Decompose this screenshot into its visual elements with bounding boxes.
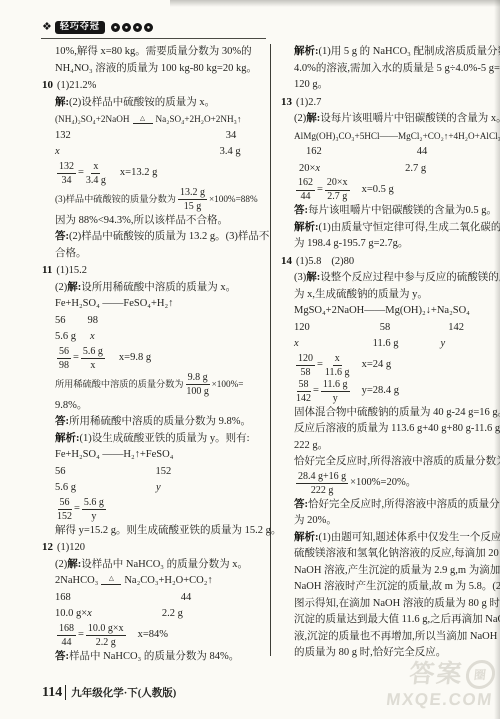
text: 图示得知,在滴加 NaOH 溶液的质量为 80 g 时,产生 bbox=[294, 598, 500, 609]
variable: x bbox=[90, 331, 95, 342]
text: 样品中 NaHCO₃ 的质量分数为 84%。 bbox=[69, 651, 239, 662]
fraction: 20×x2.7 g bbox=[325, 178, 350, 202]
text: 设每片该咀嚼片中铝碳酸镁的含量为 x。 bbox=[320, 113, 500, 124]
text: 解得 y=15.2 g。则生成硫酸亚铁的质量为 15.2 g。 bbox=[55, 525, 281, 536]
text: 44 bbox=[417, 146, 428, 157]
fraction: 13.2 g15 g bbox=[178, 188, 207, 212]
text-line: 16244 bbox=[281, 144, 497, 161]
text-line: 为 198.4 g-195.7 g=2.7g。 bbox=[281, 236, 497, 253]
text-line: 液,沉淀的质量也不再增加,所以当滴加 NaOH 溶液 bbox=[281, 629, 497, 646]
text-line: 11(1)15.2 bbox=[42, 262, 268, 280]
text: (1)15.2 bbox=[56, 265, 87, 276]
text: (2)80 bbox=[331, 256, 354, 267]
bold-text: 解析: bbox=[294, 46, 319, 57]
text: ×100%=20%。 bbox=[350, 475, 416, 492]
text: 为 x,生成硫酸钠的质量为 y。 bbox=[294, 289, 428, 300]
text-line: (3)样品中硫酸铵的质量分数为13.2 g15 g×100%=88% bbox=[42, 187, 268, 213]
bold-text: 解: bbox=[306, 272, 320, 283]
text-line: 答:所用稀硫酸中溶质的质量分数为 9.8%。 bbox=[42, 414, 268, 431]
text: 恰好完全反应时,所得溶液中溶质的质量分数 bbox=[308, 499, 500, 510]
text: 固体混合物中硫酸钠的质量为 40 g-24 g=16 g。 bbox=[294, 407, 500, 418]
text: = bbox=[317, 182, 323, 199]
text: = bbox=[73, 350, 79, 367]
bold-text: 答: bbox=[294, 499, 308, 510]
text: NaOH 溶液,产生沉淀的质量为 2.9 g,m 为滴加 40 g bbox=[294, 565, 500, 576]
bold-text: 答: bbox=[294, 205, 308, 216]
text: (NH₄)₂SO₄+2NaOH bbox=[55, 114, 130, 124]
text: 设样品中 NaHCO₃ 的质量分数为 x。 bbox=[81, 559, 248, 570]
text: 合格。 bbox=[55, 248, 87, 259]
bold-text: 答: bbox=[55, 231, 69, 242]
text-line: NaOH 溶液,产生沉淀的质量为 2.9 g,m 为滴加 40 g bbox=[281, 563, 497, 580]
text-line: 12058142 bbox=[281, 320, 497, 337]
text-line: 反应后溶液的质量为 113.6 g+40 g+80 g-11.6 g= bbox=[281, 421, 497, 438]
fraction: 56152 bbox=[57, 498, 72, 522]
text: x=13.2 g bbox=[120, 165, 157, 182]
text: 所用稀硫酸中溶质的质量分数为 bbox=[55, 376, 184, 393]
text-line: 4.0%的溶液,需加入水的质量是 5 g÷4.0%-5 g= bbox=[281, 61, 497, 78]
text: = bbox=[317, 357, 323, 374]
text: (2) bbox=[294, 113, 306, 124]
text: (2)设样品中硫酸铵的质量为 x。 bbox=[69, 97, 215, 108]
text: 9.8%。 bbox=[55, 400, 87, 411]
text: Na₂CO₃+H₂O+CO₂↑ bbox=[124, 575, 212, 586]
text-line: 9.8%。 bbox=[42, 398, 268, 415]
text: (2) bbox=[55, 282, 67, 293]
text: 162 bbox=[306, 146, 322, 157]
text: x=0.5 g bbox=[362, 182, 394, 199]
text: 20× bbox=[299, 163, 315, 174]
text-line: 为 x,生成硫酸钠的质量为 y。 bbox=[281, 287, 497, 304]
header-rule bbox=[41, 38, 266, 39]
text-line: 16844=10.0 g×x2.2 gx=84% bbox=[42, 623, 268, 649]
heat-condition-arrow: △ bbox=[133, 116, 153, 125]
text: 120 bbox=[294, 322, 310, 333]
text-line: 解析:(1)由质量守恒定律可得,生成二氧化碳的质量 bbox=[281, 220, 497, 237]
text-line: 解析:(1)设生成硫酸亚铁的质量为 y。则有: bbox=[42, 431, 268, 448]
fraction: 16844 bbox=[57, 624, 76, 648]
brand-badges: ●●●● bbox=[109, 23, 153, 32]
text-line: 5.6 gy bbox=[42, 480, 268, 497]
answers-column-left: 10%,解得 x=80 kg。需要质量分数为 30%的NH₄NO₃ 溶液的质量为… bbox=[42, 44, 268, 665]
text: 液,沉淀的质量也不再增加,所以当滴加 NaOH 溶液 bbox=[294, 631, 500, 642]
text: NaOH 溶液时产生沉淀的质量,故 m 为 5.8。(2)观察 bbox=[294, 581, 500, 592]
text-line: 56152=5.6 gy bbox=[42, 497, 268, 523]
text: x=24 g bbox=[362, 357, 392, 374]
watermark-brand: 答案 圈 bbox=[387, 660, 497, 689]
text-line: 12(1)120 bbox=[42, 539, 268, 557]
text: (3) bbox=[294, 272, 306, 283]
text-line: (2)解:设所用稀硫酸中溶质的质量为 x。 bbox=[42, 280, 268, 297]
text-line: 解:(2)设样品中硫酸铵的质量为 x。 bbox=[42, 95, 268, 112]
variable: y bbox=[156, 482, 161, 493]
watermark-domain: MXQE.COM bbox=[385, 691, 493, 708]
text: ×100%= bbox=[212, 376, 244, 393]
fraction: 12058 bbox=[296, 354, 315, 378]
text-line: 答:恰好完全反应时,所得溶液中溶质的质量分数 bbox=[281, 497, 497, 514]
text-line: 解析:(1)由题可知,题述体系中仅发生一个反应,即 bbox=[281, 530, 497, 547]
text-line: 13234=x3.4 gx=13.2 g bbox=[42, 161, 268, 187]
text: 所用稀硫酸中溶质的质量分数为 9.8%。 bbox=[69, 416, 251, 427]
text-line: 12058=x11.6 gx=24 g bbox=[281, 353, 497, 379]
text: 44 bbox=[181, 592, 192, 603]
book-page: ❖ 轻巧夺冠 ●●●● 10%,解得 x=80 kg。需要质量分数为 30%的N… bbox=[0, 0, 500, 719]
text: 沉淀的质量达到最大值 11.6 g,之后再滴加 NaOH 溶 bbox=[294, 614, 500, 625]
bold-text: 解: bbox=[67, 559, 81, 570]
fraction: 16244 bbox=[296, 178, 315, 202]
text-line: 10%,解得 x=80 kg。需要质量分数为 30%的 bbox=[42, 44, 268, 61]
text-line: (2)解:设样品中 NaHCO₃ 的质量分数为 x。 bbox=[42, 557, 268, 574]
text-line: 2NaHCO₃△Na₂CO₃+H₂O+CO₂↑ bbox=[42, 573, 268, 590]
fraction: 9.8 g100 g bbox=[186, 373, 210, 397]
text-line: 答:(2)样品中硫酸铵的质量为 13.2 g。(3)样品不 bbox=[42, 229, 268, 246]
text-line: 10.0 g×x2.2 g bbox=[42, 606, 268, 623]
text-line: 因为 88%<94.3%,所以该样品不合格。 bbox=[42, 213, 268, 230]
text: NH₄NO₃ 溶液的质量为 100 kg-80 kg=20 kg。 bbox=[55, 63, 257, 74]
text: 58 bbox=[380, 322, 391, 333]
text: = bbox=[313, 383, 319, 400]
fraction: 13234 bbox=[57, 162, 76, 186]
text-line: 5.6 gx bbox=[42, 329, 268, 346]
text-line: 20×x2.7 g bbox=[281, 161, 497, 178]
scan-shadow-top bbox=[170, 0, 500, 7]
brand-badge: ● bbox=[133, 23, 142, 32]
bold-text: 解析: bbox=[294, 222, 319, 233]
brand-name: 轻巧夺冠 bbox=[55, 21, 105, 34]
text: (1)2.7 bbox=[296, 97, 321, 108]
text: 142 bbox=[448, 322, 464, 333]
text: 120 g。 bbox=[294, 79, 328, 90]
text: (1)用 5 g 的 NaHCO₃ 配制成溶质质量分数为 bbox=[319, 46, 500, 57]
text: 因为 88%<94.3%,所以该样品不合格。 bbox=[55, 215, 228, 226]
text-line: Fe+H₂SO₄ ——FeSO₄+H₂↑ bbox=[42, 296, 268, 313]
text: (2)样品中硫酸铵的质量为 13.2 g。(3)样品不 bbox=[69, 231, 269, 242]
text-line: 28.4 g+16 g222 g×100%=20%。 bbox=[281, 471, 497, 497]
fraction: 5.6 gy bbox=[82, 498, 106, 522]
text: 10%,解得 x=80 kg。需要质量分数为 30%的 bbox=[55, 46, 252, 57]
fraction: 58142 bbox=[296, 380, 311, 404]
text-line: NaOH 溶液时产生沉淀的质量,故 m 为 5.8。(2)观察 bbox=[281, 579, 497, 596]
text-line: MgSO₄+2NaOH——Mg(OH)₂↓+Na₂SO₄ bbox=[281, 303, 497, 320]
text-line: 硫酸镁溶液和氢氧化钠溶液的反应,每滴加 20 g bbox=[281, 546, 497, 563]
text: = bbox=[78, 165, 84, 182]
variable: y bbox=[441, 338, 446, 349]
fraction: x3.4 g bbox=[86, 162, 106, 186]
text-line: 222 g。 bbox=[281, 438, 497, 455]
text: 34 bbox=[226, 130, 237, 141]
text: ×100%=88% bbox=[209, 191, 258, 208]
text-line: 解得 y=15.2 g。则生成硫酸亚铁的质量为 15.2 g。 bbox=[42, 523, 268, 540]
text-line: 固体混合物中硫酸钠的质量为 40 g-24 g=16 g。 bbox=[281, 405, 497, 422]
text: x=9.8 g bbox=[119, 350, 151, 367]
text: (2) bbox=[55, 559, 67, 570]
text: (1)设生成硫酸亚铁的质量为 y。则有: bbox=[80, 433, 250, 444]
text-line: 合格。 bbox=[42, 246, 268, 263]
text: 设所用稀硫酸中溶质的质量为 x。 bbox=[81, 282, 236, 293]
text: (1)120 bbox=[57, 542, 85, 553]
text: = bbox=[78, 627, 84, 644]
column-divider bbox=[270, 44, 271, 656]
text-line: 沉淀的质量达到最大值 11.6 g,之后再滴加 NaOH 溶 bbox=[281, 612, 497, 629]
fraction: 28.4 g+16 g222 g bbox=[296, 472, 348, 496]
text-line: x11.6 gy bbox=[281, 336, 497, 353]
text: (1)由题可知,题述体系中仅发生一个反应,即 bbox=[319, 532, 500, 543]
fraction: 11.6 gy bbox=[321, 380, 350, 404]
text: 3.4 g bbox=[220, 146, 241, 157]
text-line: 所用稀硫酸中溶质的质量分数为9.8 g100 g×100%= bbox=[42, 372, 268, 398]
watermark: 答案 圈 MXQE.COM bbox=[385, 660, 496, 708]
text: 的质量为 80 g 时,恰好完全反应。 bbox=[294, 647, 446, 658]
text: 设整个反应过程中参与反应的硫酸镁的质量 bbox=[320, 272, 500, 283]
bold-text: 解析: bbox=[294, 532, 319, 543]
text-line: (NH₄)₂SO₄+2NaOH△Na₂SO₄+2H₂O+2NH₃↑ bbox=[42, 111, 268, 128]
text: 11.6 g bbox=[373, 338, 399, 349]
brand-icon: ❖ bbox=[42, 22, 52, 33]
text: (1)5.8 bbox=[296, 256, 321, 267]
variable: x bbox=[315, 163, 320, 174]
bold-text: 14 bbox=[281, 255, 292, 267]
bold-text: 12 bbox=[42, 541, 53, 553]
text-line: 16244=20×x2.7 gx=0.5 g bbox=[281, 177, 497, 203]
bold-text: 10 bbox=[42, 79, 53, 91]
text: 每片该咀嚼片中铝碳酸镁的含量为0.5 g。 bbox=[308, 205, 497, 216]
text: Fe+H₂SO₄ ——FeSO₄+H₂↑ bbox=[55, 298, 173, 309]
text: (1)由质量守恒定律可得,生成二氧化碳的质量 bbox=[319, 222, 500, 233]
text-line: AlMg(OH)₃CO₃+5HCl——MgCl₂+CO₂↑+4H₂O+AlCl₃ bbox=[281, 128, 497, 145]
text: 2.2 g bbox=[162, 608, 183, 619]
text-line: 16844 bbox=[42, 590, 268, 607]
text: 为 198.4 g-195.7 g=2.7g。 bbox=[294, 238, 408, 249]
bold-text: 答: bbox=[55, 651, 69, 662]
text: 56 bbox=[55, 315, 66, 326]
text-line: x3.4 g bbox=[42, 144, 268, 161]
text-line: (3)解:设整个反应过程中参与反应的硫酸镁的质量 bbox=[281, 270, 497, 287]
text: 56 bbox=[55, 466, 66, 477]
bold-text: 11 bbox=[42, 264, 52, 276]
variable: x bbox=[87, 608, 92, 619]
text-line: 58142=11.6 gyy=28.4 g bbox=[281, 379, 497, 405]
text-line: 120 g。 bbox=[281, 77, 497, 94]
text: y=28.4 g bbox=[362, 383, 399, 400]
fraction: 5698 bbox=[57, 347, 71, 371]
bold-text: 解: bbox=[67, 282, 81, 293]
bold-text: 解: bbox=[306, 113, 320, 124]
text: AlMg(OH)₃CO₃+5HCl——MgCl₂+CO₂↑+4H₂O+AlCl₃ bbox=[294, 131, 500, 141]
text-line: 恰好完全反应时,所得溶液中溶质的质量分数为 bbox=[281, 454, 497, 471]
text: 4.0%的溶液,需加入水的质量是 5 g÷4.0%-5 g= bbox=[294, 63, 500, 74]
watermark-brand-text: 答案 bbox=[408, 662, 465, 687]
text-line: 答:每片该咀嚼片中铝碳酸镁的含量为0.5 g。 bbox=[281, 203, 497, 220]
text: 168 bbox=[55, 592, 71, 603]
watermark-circle-icon: 圈 bbox=[464, 660, 496, 689]
text-line: 14(1)5.8(2)80 bbox=[281, 253, 497, 271]
text: 132 bbox=[55, 130, 71, 141]
text: 5.6 g bbox=[55, 482, 76, 493]
text-line: 为 20%。 bbox=[281, 513, 497, 530]
text: 恰好完全反应时,所得溶液中溶质的质量分数为 bbox=[294, 456, 500, 467]
variable: x bbox=[294, 338, 299, 349]
text-line: 5698 bbox=[42, 313, 268, 330]
text: 2.7 g bbox=[405, 163, 426, 174]
text-line: 10(1)21.2% bbox=[42, 77, 268, 95]
text: 222 g。 bbox=[294, 440, 328, 451]
heat-condition-arrow: △ bbox=[101, 576, 121, 585]
text-line: NH₄NO₃ 溶液的质量为 100 kg-80 kg=20 kg。 bbox=[42, 61, 268, 78]
bold-text: 解: bbox=[55, 97, 69, 108]
text: 10.0 g× bbox=[55, 608, 87, 619]
bold-text: 答: bbox=[55, 416, 69, 427]
text: 反应后溶液的质量为 113.6 g+40 g+80 g-11.6 g= bbox=[294, 423, 500, 434]
text: 5.6 g bbox=[55, 331, 76, 342]
brand-logo: ❖ 轻巧夺冠 ●●●● bbox=[42, 20, 153, 35]
text: 152 bbox=[156, 466, 172, 477]
text-line: 56152 bbox=[42, 464, 268, 481]
text: x=84% bbox=[138, 627, 168, 644]
bold-text: 13 bbox=[281, 96, 292, 108]
text-line: 解析:(1)用 5 g 的 NaHCO₃ 配制成溶质质量分数为 bbox=[281, 44, 497, 61]
text: (1)21.2% bbox=[57, 80, 96, 91]
text: = bbox=[74, 501, 80, 518]
text: MgSO₄+2NaOH——Mg(OH)₂↓+Na₂SO₄ bbox=[294, 305, 470, 316]
fraction: x11.6 g bbox=[325, 354, 350, 378]
text-line: 答:样品中 NaHCO₃ 的质量分数为 84%。 bbox=[42, 649, 268, 666]
text-line: 图示得知,在滴加 NaOH 溶液的质量为 80 g 时,产生 bbox=[281, 596, 497, 613]
text-line: 13234 bbox=[42, 128, 268, 145]
page-number: 114 bbox=[42, 685, 62, 701]
text: Fe+H₂SO₄ ——H₂↑+FeSO₄ bbox=[55, 449, 173, 460]
text: 98 bbox=[88, 315, 99, 326]
bold-text: 解析: bbox=[55, 433, 80, 444]
brand-badge: ● bbox=[144, 23, 153, 32]
brand-badge: ● bbox=[111, 23, 120, 32]
fraction: 5.6 gx bbox=[81, 347, 105, 371]
text: Na₂SO₄+2H₂O+2NH₃↑ bbox=[156, 114, 242, 124]
text: 2NaHCO₃ bbox=[55, 575, 98, 586]
text-line: 5698=5.6 gxx=9.8 g bbox=[42, 346, 268, 372]
text-line: Fe+H₂SO₄ ——H₂↑+FeSO₄ bbox=[42, 447, 268, 464]
text: (3)样品中硫酸铵的质量分数为 bbox=[55, 191, 176, 208]
brand-badge: ● bbox=[122, 23, 131, 32]
text: 硫酸镁溶液和氢氧化钠溶液的反应,每滴加 20 g bbox=[294, 548, 500, 559]
text-line: (2)解:设每片该咀嚼片中铝碳酸镁的含量为 x。 bbox=[281, 111, 497, 128]
fraction: 10.0 g×x2.2 g bbox=[86, 624, 126, 648]
text: 为 20%。 bbox=[294, 515, 337, 526]
page-footer: 114 九年级化学·下(人教版) bbox=[42, 685, 176, 701]
book-title: 九年级化学·下(人教版) bbox=[65, 685, 176, 700]
variable: x bbox=[55, 146, 60, 157]
text-line: 13(1)2.7 bbox=[281, 94, 497, 112]
answers-column-right: 解析:(1)用 5 g 的 NaHCO₃ 配制成溶质质量分数为4.0%的溶液,需… bbox=[281, 44, 497, 662]
